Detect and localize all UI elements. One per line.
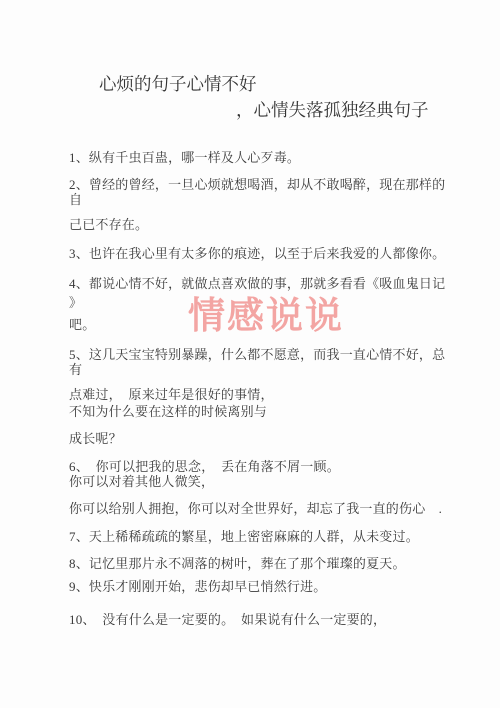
body-line: 你可以对着其他人微笑，: [69, 475, 214, 488]
body-line: 1、纵有千虫百蛊，哪一样及人心歹毒。: [69, 151, 300, 164]
body-line: 4、都说心情不好，就做点喜欢做的事，那就多看看《吸血鬼日记: [69, 277, 445, 290]
body-line: 3、也许在我心里有太多你的痕迹，以至于后来我爱的人都像你。: [69, 247, 445, 260]
body-line: 吧。: [69, 318, 95, 331]
body-line: 成长呢？: [69, 432, 122, 445]
body-line: 9、快乐才刚刚开始，悲伤却早已悄然行进。: [69, 580, 327, 593]
body-line: 7、天上稀稀疏疏的繁星，地上密密麻麻的人群，从未变过。: [69, 530, 419, 543]
body-line: 点难过， 原来过年是很好的事情，: [69, 388, 274, 401]
watermark-text: 情感说说: [188, 297, 344, 334]
page-title-line-2: ，心情失落孤独经典句子: [236, 102, 429, 120]
body-line: 10、 没有什么是一定要的。 如果说有什么一定要的，: [69, 613, 386, 626]
body-line: 你可以给别人拥抱，你可以对全世界好，却忘了我一直的伤心 .: [69, 502, 442, 515]
body-line: 5、这几天宝宝特别暴躁，什么都不愿意，而我一直心情不好，总: [69, 348, 445, 361]
body-line: 自: [69, 193, 82, 206]
document-page: 心烦的句子心情不好 ，心情失落孤独经典句子 情感说说 1、纵有千虫百蛊，哪一样及…: [0, 0, 500, 708]
body-line: 》: [69, 296, 82, 309]
body-line: 有: [69, 363, 82, 376]
page-title-line-1: 心烦的句子心情不好: [99, 76, 257, 94]
body-line: 6、 你可以把我的思念， 丢在角落不屑一顾。: [69, 460, 340, 473]
body-line: 不知为什么要在这样的时候离别与: [69, 405, 267, 418]
body-line: 8、记忆里那片永不凋落的树叶，葬在了那个璀璨的夏天。: [69, 557, 406, 570]
body-line: 己已不存在。: [69, 218, 148, 231]
body-line: 2、曾经的曾经，一旦心烦就想喝酒，却从不敢喝醉，现在那样的: [69, 178, 445, 191]
